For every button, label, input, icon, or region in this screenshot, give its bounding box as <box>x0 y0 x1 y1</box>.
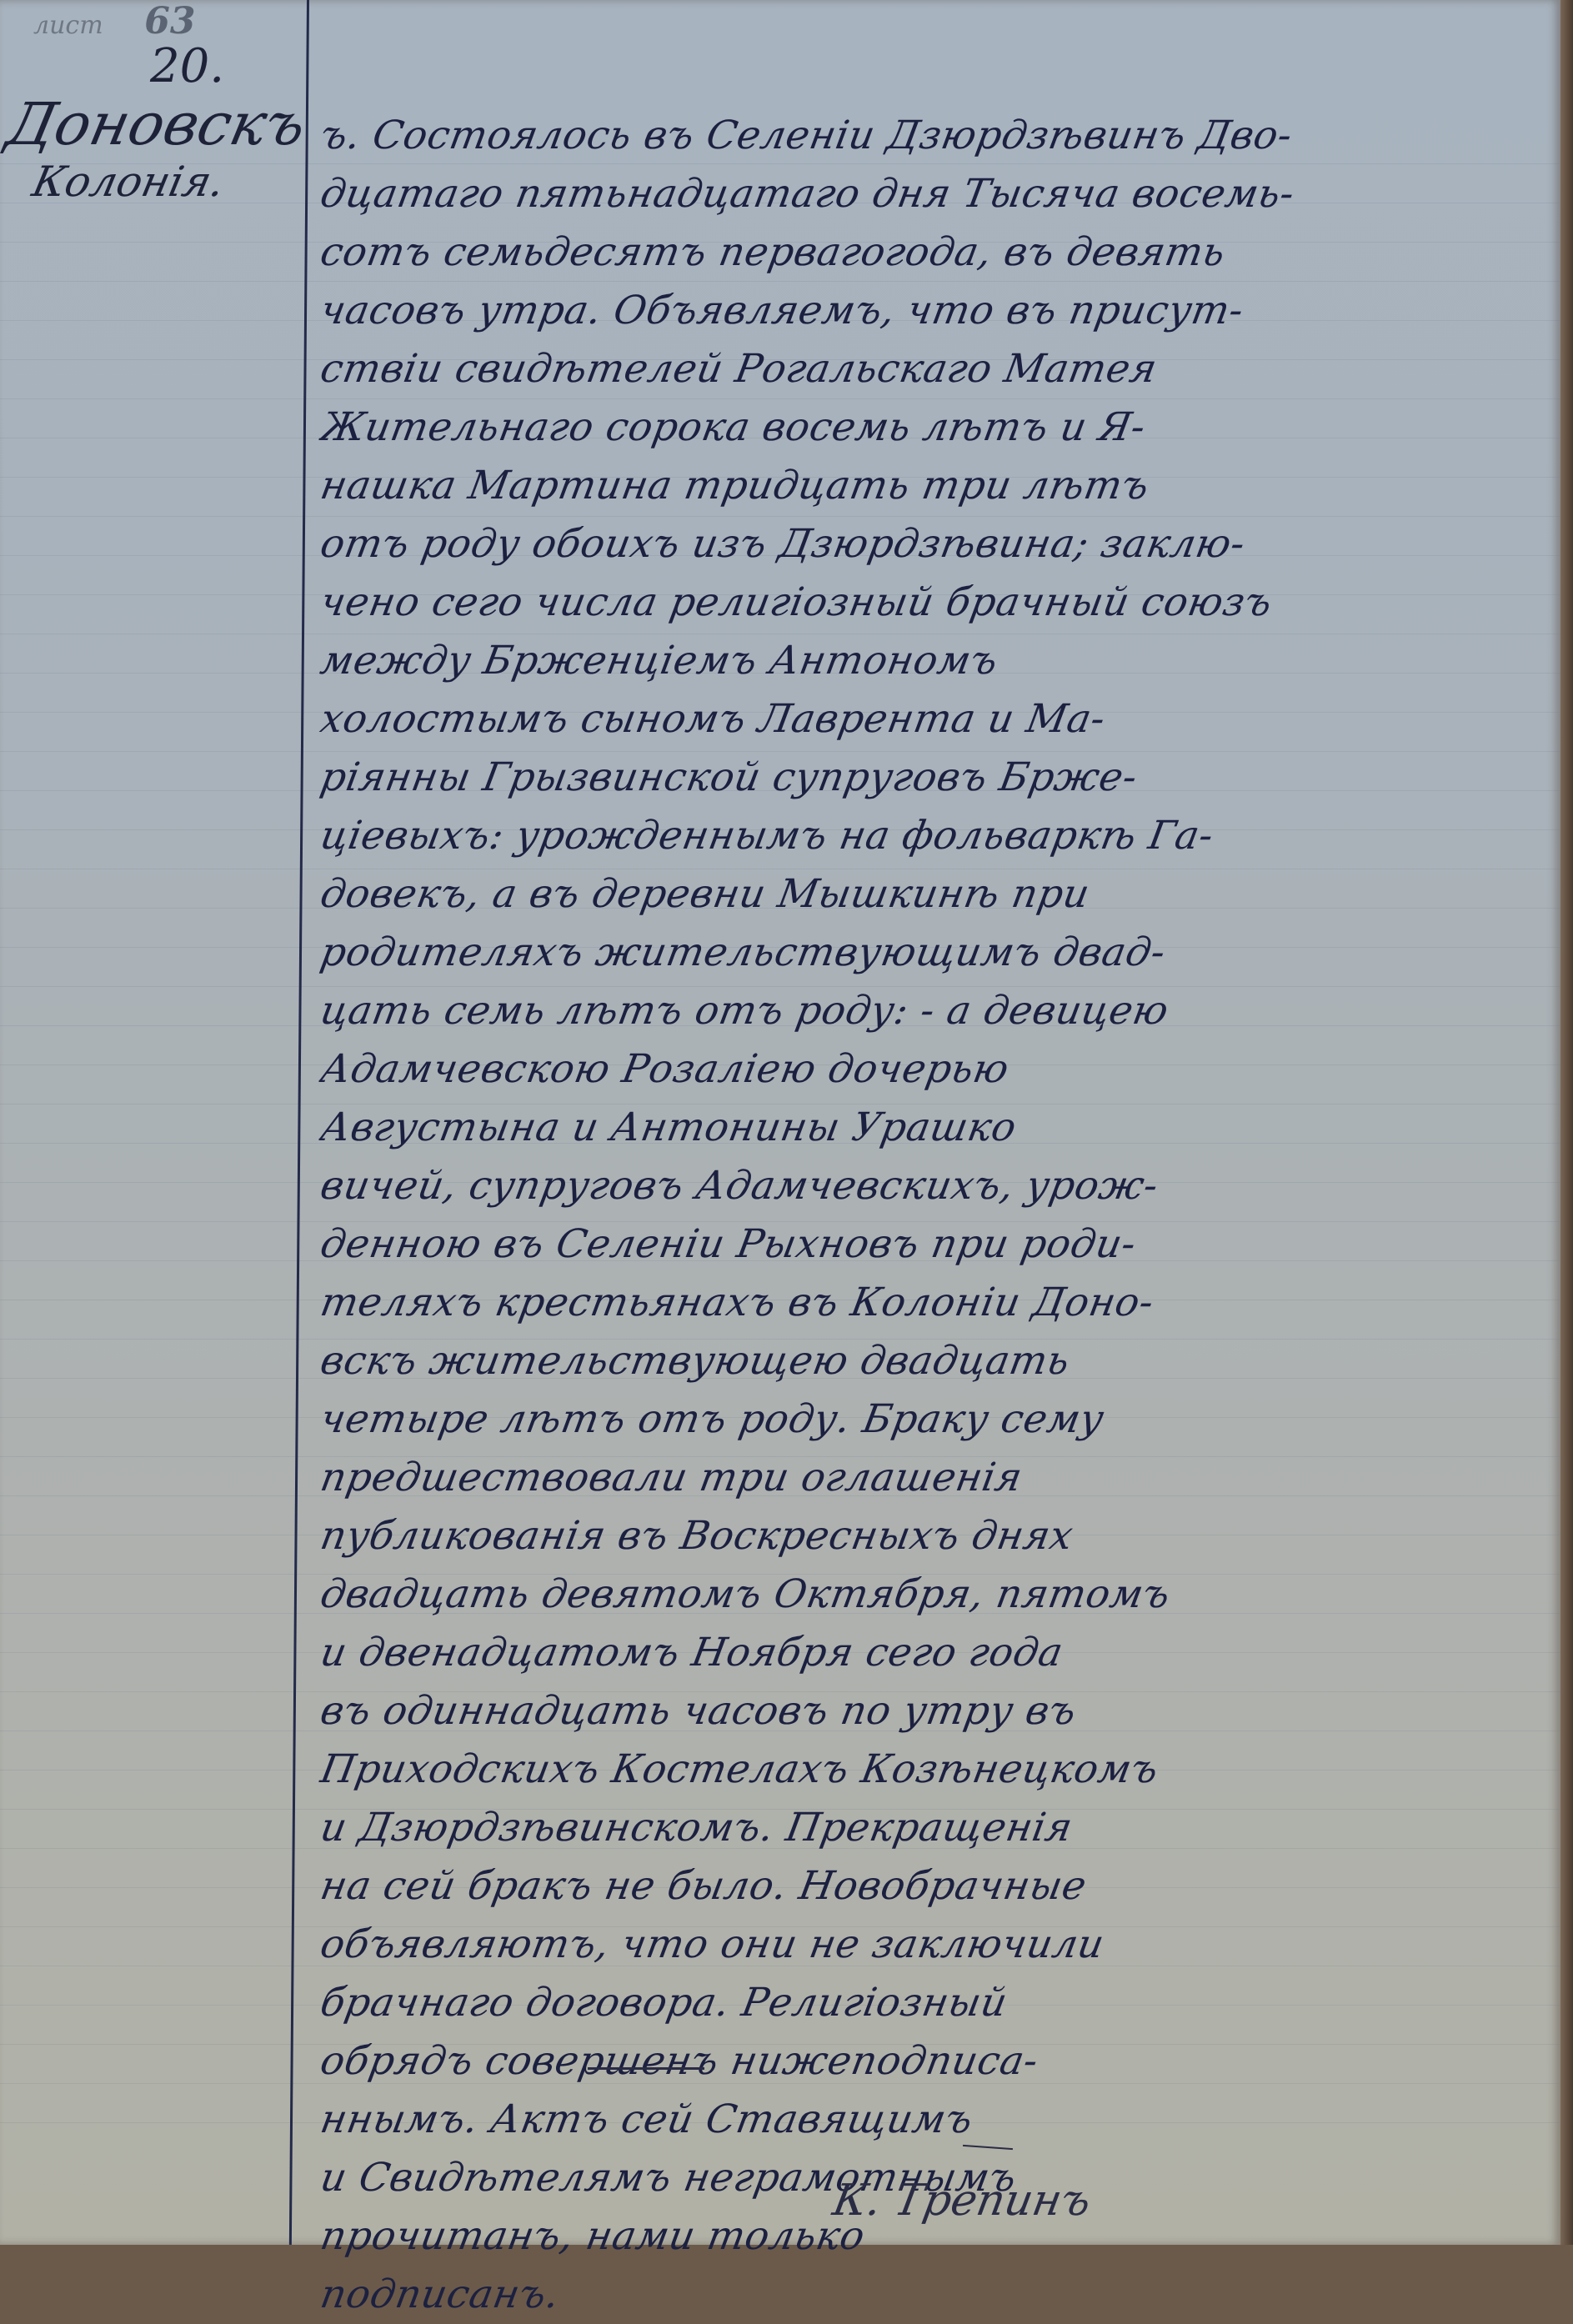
folio-number: 63 <box>144 0 195 43</box>
text-line: ъ. Состоялось въ Селеніи Дзюрдзѣвинъ Дво… <box>316 107 1526 165</box>
closing-dash <box>588 2067 704 2070</box>
text-line: родителяхъ жительствующимъ двад- <box>316 924 1526 982</box>
text-line: вскъ жительствующею двадцать <box>316 1332 1526 1390</box>
text-line: ствіи свидѣтелей Рогальскаго Матея <box>316 340 1526 398</box>
text-line: нашка Мартина тридцать три лѣтъ <box>316 457 1526 515</box>
priest-signature: К. Трепинъ <box>829 2176 1095 2226</box>
text-line: Августына и Антонины Урашко <box>316 1099 1526 1157</box>
text-line: сотъ семьдесятъ первагогода, въ девять <box>316 223 1526 282</box>
text-line: часовъ утра. Объявляемъ, что въ присут- <box>316 282 1526 340</box>
text-line: Приходскихъ Костелахъ Козѣнецкомъ <box>316 1740 1526 1799</box>
text-line: холостымъ сыномъ Лаврента и Ма- <box>316 690 1526 749</box>
text-line: и Дзюрдзѣвинскомъ. Прекращенія <box>316 1799 1526 1857</box>
text-line: въ одиннадцать часовъ по утру въ <box>316 1682 1526 1740</box>
text-line: и двенадцатомъ Ноября сего года <box>316 1624 1526 1682</box>
record-body: ъ. Состоялось въ Селеніи Дзюрдзѣвинъ Дво… <box>321 107 1521 2245</box>
text-line: отъ роду обоихъ изъ Дзюрдзѣвина; заклю- <box>316 515 1526 573</box>
groom-name-line: между Брженціемъ Антономъ <box>316 632 1526 690</box>
text-line: предшествовали три оглашенія <box>316 1449 1526 1507</box>
colony-label: Колонія. <box>28 157 306 207</box>
text-line: двадцать девятомъ Октября, пятомъ <box>316 1565 1526 1624</box>
text-line: денною въ Селеніи Рыхновъ при роди- <box>316 1215 1526 1274</box>
village-name: Доновскъ <box>2 92 308 157</box>
text-line: четыре лѣтъ отъ роду. Браку сему <box>316 1390 1526 1449</box>
folio-label: лист <box>33 11 103 40</box>
text-line: ріянны Грызвинской супруговъ Брже- <box>316 749 1526 807</box>
text-line: брачнаго договора. Религіозный <box>316 1974 1526 2032</box>
bride-name-line: Адамчевскою Розаліею дочерью <box>316 1040 1526 1099</box>
book-page-edge <box>1560 0 1573 2245</box>
text-line: дцатаго пятьнадцатаго дня Тысяча восемь- <box>316 165 1526 223</box>
text-line: публикованія въ Воскресныхъ днях <box>316 1507 1526 1565</box>
text-line: вичей, супруговъ Адамчевскихъ, урож- <box>316 1157 1526 1215</box>
text-line: ціевыхъ: урожденнымъ на фольваркѣ Га- <box>316 807 1526 865</box>
folio-marker: лист 63 <box>33 0 195 43</box>
text-line: чено сего числа религіозный брачный союз… <box>316 573 1526 632</box>
text-line: объявляютъ, что они не заключили <box>316 1916 1526 1974</box>
text-line: обрядъ совершенъ нижеподписа- <box>316 2032 1526 2091</box>
text-line: Жительнаго сорока восемь лѣтъ и Я- <box>316 398 1526 457</box>
margin-column: 20. Доновскъ Колонія. <box>8 42 300 207</box>
text-line: теляхъ крестьянахъ въ Колоніи Доно- <box>316 1274 1526 1332</box>
text-line: цать семь лѣтъ отъ роду: - а девицею <box>316 982 1526 1040</box>
text-line: ннымъ. Актъ сей Ставящимъ <box>316 2091 1526 2149</box>
text-line: довекъ, а въ деревни Мышкинѣ при <box>316 865 1526 924</box>
entry-number: 20. <box>150 42 300 92</box>
document-page: лист 63 20. Доновскъ Колонія. ъ. Состоял… <box>0 0 1560 2245</box>
text-line: на сей бракъ не было. Новобрачные <box>316 1857 1526 1916</box>
